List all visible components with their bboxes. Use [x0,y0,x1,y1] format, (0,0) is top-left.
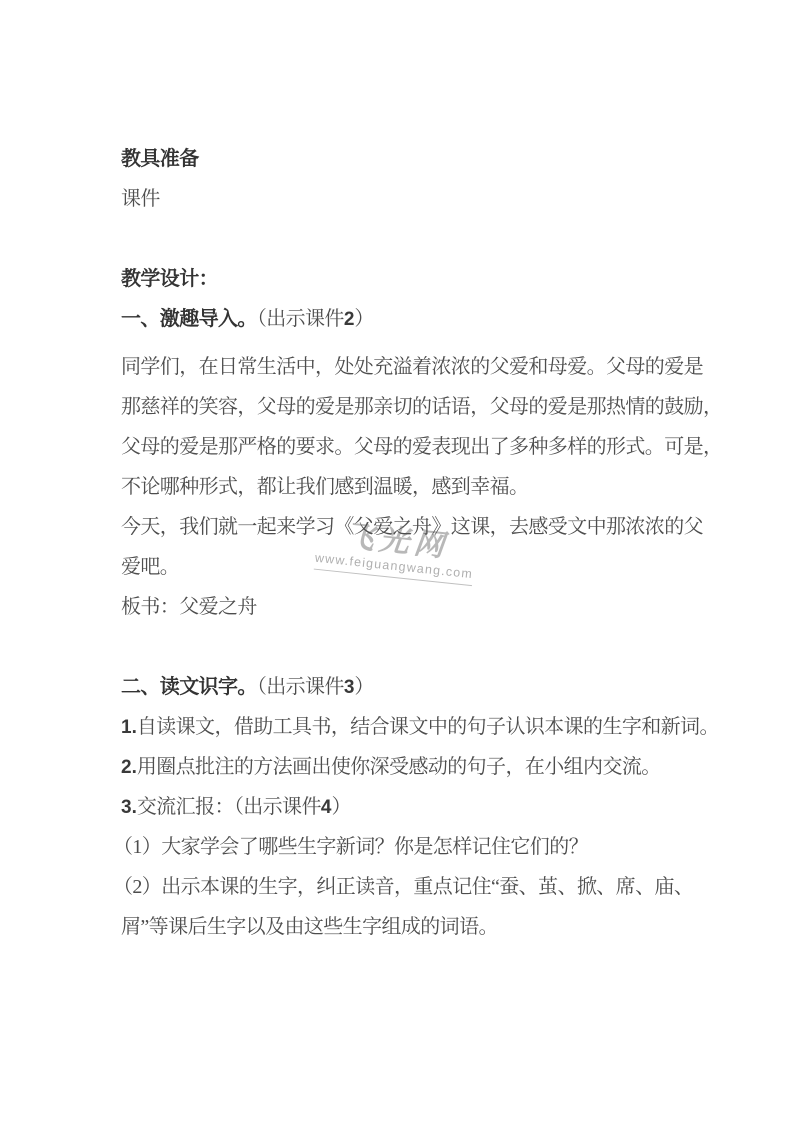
heading-section-1-note: （出示课件 [257,308,344,330]
list-item-3: 3.交流汇报：（出示课件4） [121,787,713,827]
slide-number-3: 3 [344,677,355,698]
text-courseware: 课件 [121,179,713,219]
blank-line [121,219,713,259]
heading-section-1-close-paren: ） [354,308,373,330]
list-item-2-number: 2. [121,757,137,778]
list-item-3-number: 3. [121,797,137,818]
para-today-line-1: 今天，我们就一起来学习《父爱之舟》这课，去感受文中那浓浓的父 [121,507,713,547]
document-content: 教具准备 课件 教学设计： 一、激趣导入。（出示课件2） 同学们，在日常生活中，… [121,139,713,947]
sub-item-2-line-1: （2）出示本课的生字，纠正读音，重点记住“蚕、茧、掀、席、庙、 [113,867,713,907]
document-page: 飞光网 www.feiguangwang.com 教具准备 课件 教学设计： 一… [0,0,793,1122]
heading-section-2: 二、读文识字。（出示课件3） [121,667,713,707]
slide-number-4: 4 [321,797,332,818]
heading-teaching-aids: 教具准备 [121,139,713,179]
heading-section-1-title: 一、激趣导入。 [121,308,257,330]
heading-section-1: 一、激趣导入。（出示课件2） [121,299,713,339]
text-board-writing: 板书：父爱之舟 [121,587,713,627]
para-intro-line-1: 同学们，在日常生活中，处处充溢着浓浓的父爱和母爱。父母的爱是 [121,347,713,387]
list-item-1: 1.自读课文，借助工具书，结合课文中的句子认识本课的生字和新词。 [121,707,713,747]
sub-item-1: （1）大家学会了哪些生字新词？你是怎样记住它们的？ [113,827,713,867]
heading-section-2-note: （出示课件 [257,676,344,698]
heading-section-2-title: 二、读文识字。 [121,676,257,698]
para-intro-line-2: 那慈祥的笑容，父母的爱是那亲切的话语，父母的爱是那热情的鼓励， [121,387,713,427]
slide-number-2: 2 [344,309,355,330]
para-intro-line-3: 父母的爱是那严格的要求。父母的爱表现出了多种多样的形式。可是， [121,427,713,467]
para-intro-line-4: 不论哪种形式，都让我们感到温暖，感到幸福。 [121,467,713,507]
heading-teaching-design: 教学设计： [121,259,713,299]
list-item-1-text: 自读课文，借助工具书，结合课文中的句子认识本课的生字和新词。 [137,716,719,738]
list-item-2: 2.用圈点批注的方法画出使你深受感动的句子，在小组内交流。 [121,747,713,787]
heading-section-2-close-paren: ） [354,676,373,698]
list-item-1-number: 1. [121,717,137,738]
list-item-3-close-paren: ） [331,796,350,818]
list-item-2-text: 用圈点批注的方法画出使你深受感动的句子，在小组内交流。 [137,756,661,778]
blank-line [121,627,713,667]
list-item-3-text: 交流汇报：（出示课件 [137,796,321,818]
para-today-line-2: 爱吧。 [121,547,713,587]
sub-item-2-line-2: 屑”等课后生字以及由这些生字组成的词语。 [121,907,713,947]
